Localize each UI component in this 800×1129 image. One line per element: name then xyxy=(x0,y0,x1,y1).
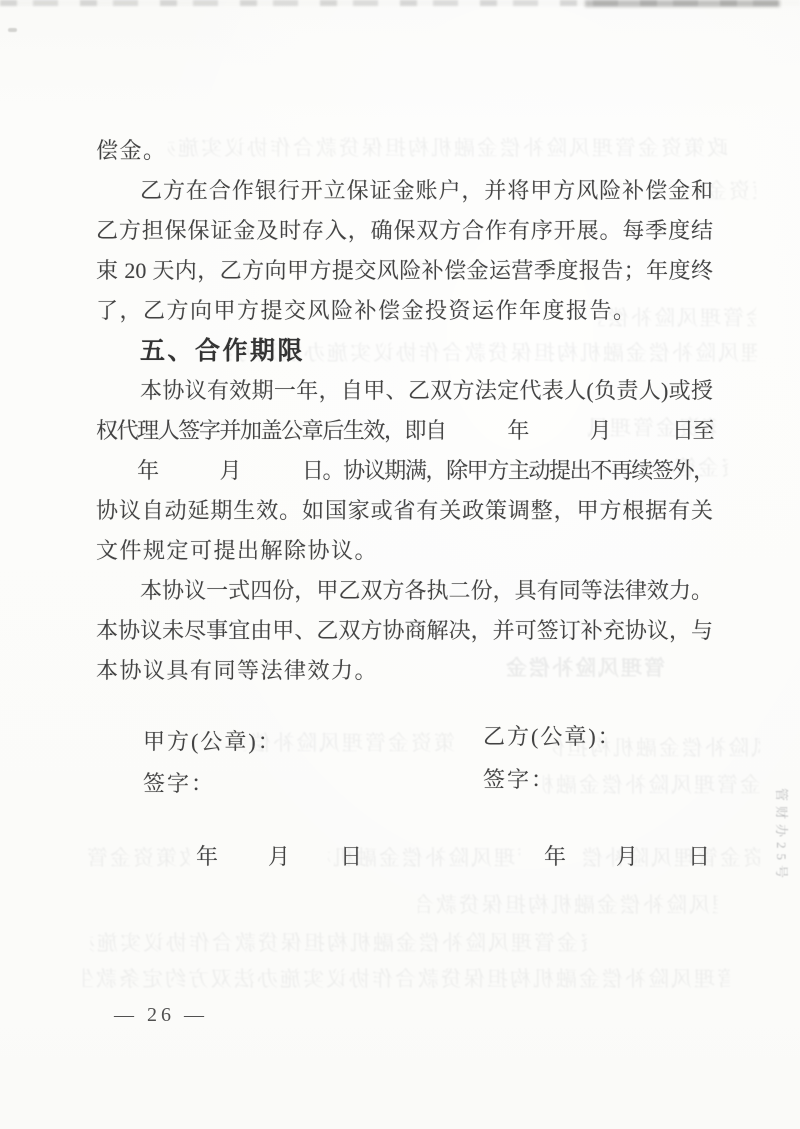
body-line: 本协议有效期一年，自甲、乙双方法定代表人(负责人)或授 xyxy=(96,371,713,411)
body-line: 协议自动延期生效。如国家或省有关政策调整，甲方根据有关 xyxy=(96,491,713,531)
body-line: 了，乙方向甲方提交风险补偿金投资运作年度报告。 xyxy=(96,291,713,331)
bleedthrough-ghost-text: 政策资金管理风险补偿金融机构担保贷款合作协议实施办法双方约定条款生效签订文件规定… xyxy=(90,928,587,958)
body-line: 本协议具有同等法律效力。 xyxy=(96,651,713,691)
bleedthrough-ghost-text: 政策资金管理风险补偿金融机构担保贷款合作协议实施办法双方约定条款生效签订文件规定… xyxy=(418,890,718,920)
side-margin-filing-label: 管财办25号 xyxy=(773,788,789,918)
scan-speck xyxy=(8,28,17,32)
scanned-contract-page: 政策资金管理风险补偿金融机构担保贷款合作协议实施办法双方约定条款生效签订文件规定… xyxy=(0,0,800,1129)
body-line: 乙方担保保证金及时存入，确保双方合作有序开展。每季度结 xyxy=(96,211,713,251)
party-b-date-blank: 年 月 日 xyxy=(544,837,712,877)
section-heading: 五、合作期限 xyxy=(96,331,713,371)
body-line-continuation: 偿金。 xyxy=(96,131,713,171)
body-line: 文件规定可提出解除协议。 xyxy=(96,531,713,571)
party-b-signature-label: 签字： xyxy=(483,760,555,800)
party-a-date-blank: 年 月 日 xyxy=(196,837,364,877)
body-line: 本协议未尽事宜由甲、乙双方协商解决，并可签订补充协议，与 xyxy=(96,611,713,651)
body-line-date-blank: 权代理人签字并加盖公章后生效，即自 年 月 日至 xyxy=(96,411,713,451)
page-number: — 26 — xyxy=(114,995,208,1035)
body-line-date-blank: 年 月 日。协议期满，除甲方主动提出不再续签外， xyxy=(96,451,713,491)
body-line: 乙方在合作银行开立保证金账户，并将甲方风险补偿金和 xyxy=(96,171,713,211)
scan-edge-noise-dark xyxy=(585,0,780,7)
party-a-seal-label: 甲方(公章)： xyxy=(143,722,282,762)
contract-body: 偿金。 乙方在合作银行开立保证金账户，并将甲方风险补偿金和 乙方担保保证金及时存… xyxy=(96,131,713,691)
bleedthrough-ghost-text: 政策资金管理风险补偿金融机构担保贷款合作协议实施办法双方约定条款生效签订文件规定… xyxy=(83,964,730,994)
party-a-signature-label: 签字： xyxy=(143,764,215,804)
party-b-seal-label: 乙方(公章)： xyxy=(483,717,622,757)
body-line: 束 20 天内，乙方向甲方提交风险补偿金运营季度报告；年度终 xyxy=(96,251,713,291)
bleedthrough-ghost-text: 政策资金管理风险补偿金融机构担保贷款合作协议实施办法双方约定条款生效签订文件规定… xyxy=(88,843,190,873)
bleedthrough-ghost-text: 政策资金管理风险补偿金融机构担保贷款合作协议实施办法双方约定条款生效签订文件规定… xyxy=(543,770,760,800)
body-line: 本协议一式四份，甲乙双方各执二份，具有同等法律效力。 xyxy=(96,571,713,611)
